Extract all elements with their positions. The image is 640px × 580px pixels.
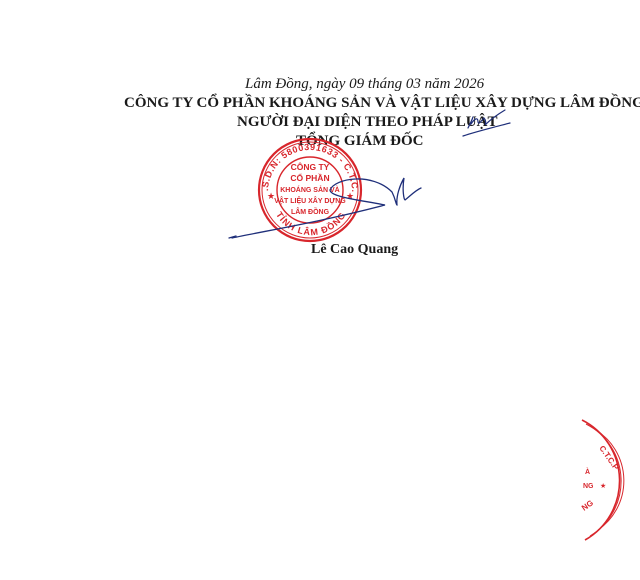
partial-seal-text-ng-bottom: NG [580, 498, 595, 512]
seal-star-right-icon: ★ [346, 192, 354, 202]
partial-seal: C.T.C.P À NG ★ NG [580, 420, 624, 540]
initials-mark [463, 110, 510, 136]
seal-center-line: CỔ PHẦN [290, 172, 329, 183]
seal-center-line: LÂM ĐỒNG [291, 206, 330, 216]
seal-center-line: VẬT LIỆU XÂY DỰNG [274, 196, 346, 205]
company-seal: M.S.D.N: 5800391633 - C.T.C.P TỈNH LÂM Đ… [0, 0, 640, 580]
partial-seal-text-a: À [585, 467, 590, 476]
partial-seal-text-ng: NG [583, 483, 594, 490]
partial-seal-star-icon: ★ [600, 482, 606, 490]
seal-center-line: CÔNG TY [291, 161, 330, 172]
